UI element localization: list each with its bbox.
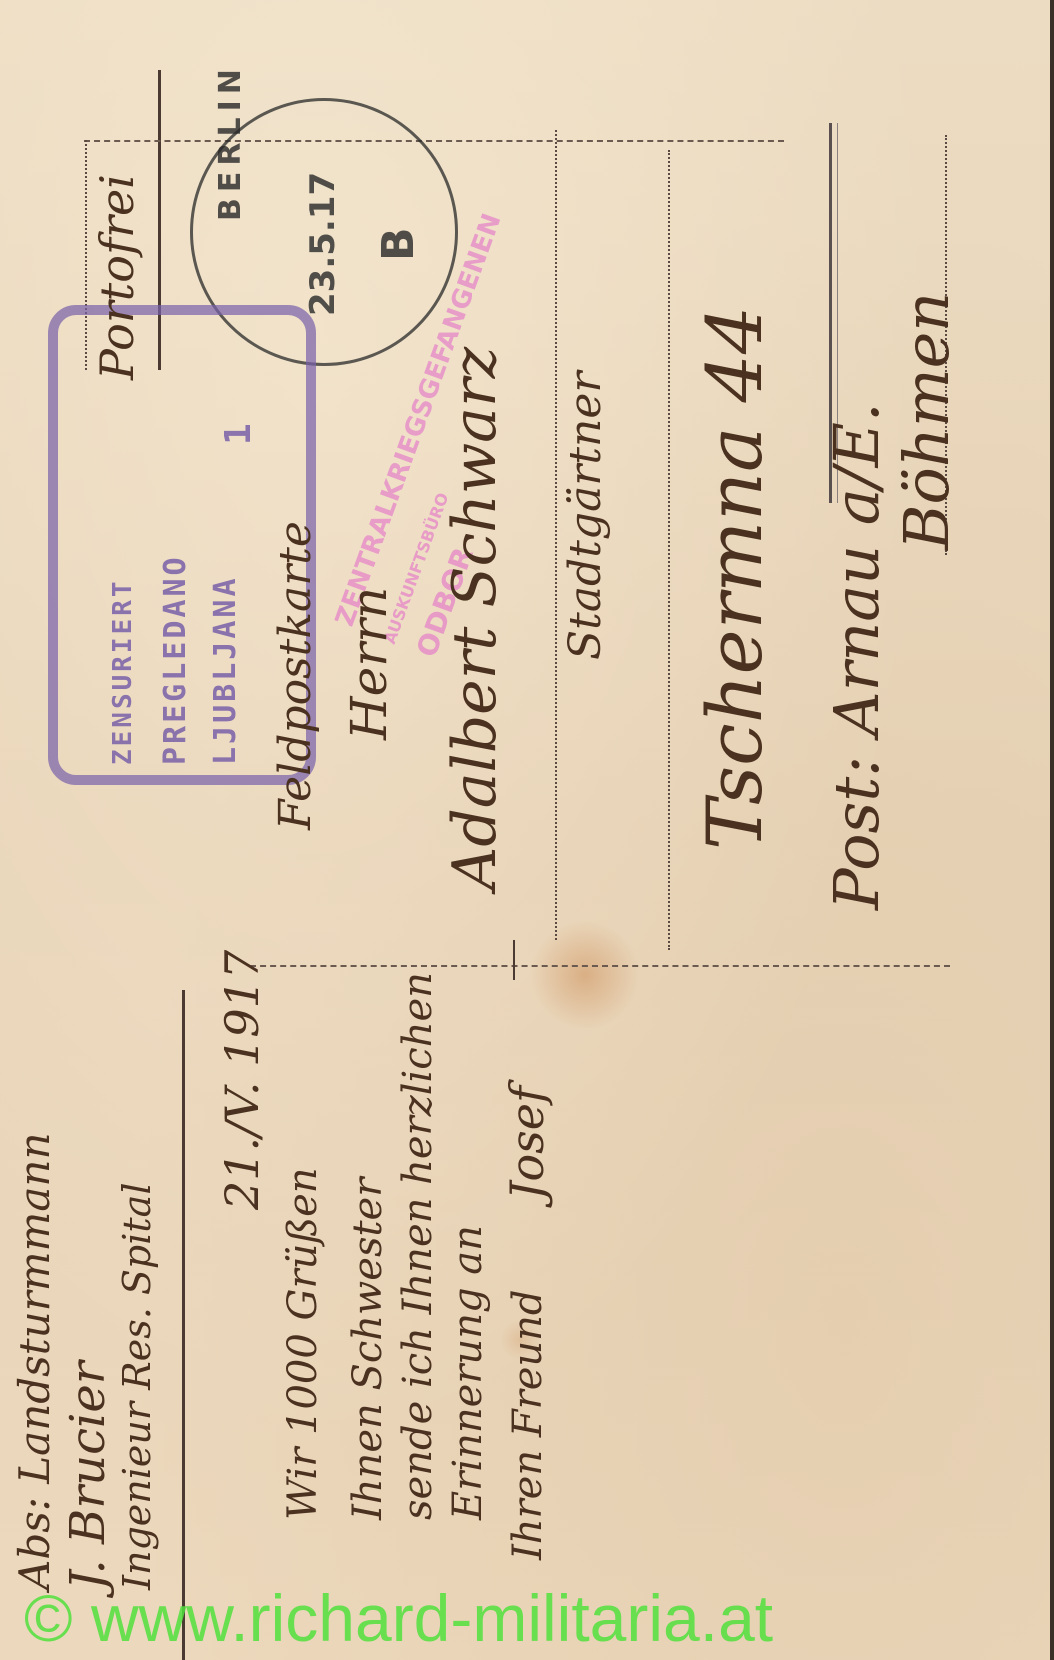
message-line: Ihnen Schwester (345, 1178, 391, 1520)
address-line-2 (668, 150, 670, 950)
sender-line: Abs: Landsturmmann (10, 1133, 59, 1591)
message-line: Wir 1000 Grüßen (280, 1167, 326, 1520)
postal-type: Portofrei (90, 174, 144, 380)
postmark-date: 23.5.17 (303, 172, 343, 316)
censor-line-2: PREGLEDANO (158, 554, 193, 765)
address-line: Herrn (340, 587, 398, 740)
censor-line-3: LJUBLJANA (208, 575, 243, 765)
message-signature: Josef (500, 1086, 554, 1200)
message-line: sende ich Ihnen herzlichen (395, 972, 441, 1520)
address-post: Post: Arnau a/E. (820, 402, 893, 910)
censor-line-1: ZENSURIERT (108, 578, 138, 765)
sender-rule (182, 990, 185, 1660)
address-line: Stadtgärtner (560, 372, 611, 660)
message-line: Erinnerung an (445, 1225, 491, 1520)
address-town: Tschermna 44 (690, 306, 779, 850)
postmark-city: BERLIN (213, 63, 248, 221)
stamp-box-top-rule (84, 140, 784, 142)
address-line-1 (555, 130, 557, 940)
divider-horizontal (250, 965, 950, 967)
watermark: © www.richard-militaria.at (24, 1585, 773, 1651)
message-date: 21./V. 1917 (215, 950, 269, 1210)
address-recipient: Adalbert Schwarz (440, 347, 510, 890)
address-line: Feldpostkarte (270, 521, 321, 830)
divider-tick (513, 940, 515, 980)
censor-number: 1 (218, 420, 259, 445)
address-region: Böhmen (890, 292, 963, 550)
message-line: Ihren Freund (505, 1289, 551, 1560)
sender-line: J. Brucier (60, 1361, 116, 1590)
postcard: BERLIN 23.5.17 B ZENTRALKRIEGSGEFANGENEN… (0, 0, 1054, 1660)
sender-line: Ingenieur Res. Spital (115, 1183, 159, 1590)
stain (530, 920, 640, 1030)
card-edge (1050, 0, 1054, 1660)
postmark-code: B (373, 227, 424, 261)
